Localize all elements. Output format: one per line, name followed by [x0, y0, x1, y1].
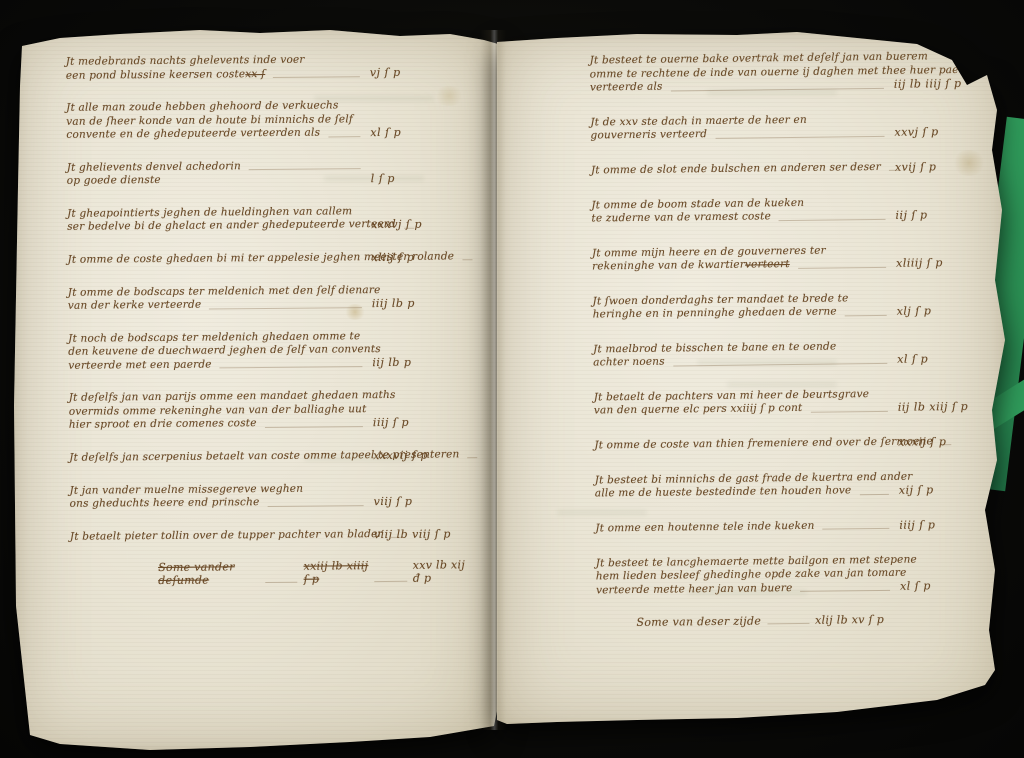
entry-amount: xij ſ p [899, 482, 995, 497]
entry-text-line: Jt omme de coste van thien fremeniere en… [594, 435, 892, 452]
left-page: Jt medebrands nachts ghelevents inde voe… [14, 26, 498, 752]
entry-amount: iij lb xiij ſ p [898, 399, 994, 414]
entry-text-line: heringhe en in penninghe ghedaen de vern… [593, 305, 891, 322]
entry-amount: l ſ p [371, 171, 467, 186]
entry-text-line: ons gheduchts heere end prinsche [70, 495, 368, 511]
entry-text-line: den keuvene de duechwaerd jeghen de ſelf… [68, 343, 366, 359]
ledger-entry: Jt omme de coste van thien fremeniere en… [594, 434, 994, 453]
total-amount: xxv lb xij đ p [413, 558, 471, 585]
entry-text-line: convente en de ghedeputeerde verteerden … [66, 126, 364, 142]
pen-rule [798, 266, 886, 268]
ledger-entry: Jt ſwoen donderdaghs ter mandaet te bred… [592, 290, 992, 322]
entry-amount: viij lb viij ſ p [374, 527, 470, 542]
entry-text-line: ser bedelve bi de ghelact en ander ghede… [67, 218, 365, 234]
right-page-entries: Jt besteet te ouerne bake overtrak met d… [590, 50, 997, 630]
ledger-entry: Jt medebrands nachts ghelevents inde voe… [66, 52, 466, 82]
entry-text: Jt omme een houtenne tele inde kueken [595, 518, 893, 536]
entry-text: Jt omme de bodscaps ter meldenich met de… [68, 284, 366, 314]
entry-text-line: overmids omme rekeninghe van van der bal… [69, 403, 367, 419]
entry-text-line: te zuderne van de vramest coste [591, 209, 889, 226]
entry-text: Jt omme de coste van thien fremeniere en… [594, 435, 892, 453]
entry-text: Jt alle man zoude hebben ghehoord de ver… [66, 99, 364, 142]
pen-rule [823, 528, 890, 530]
ledger-entry: Jt omme een houtenne tele inde kuekeniii… [595, 517, 995, 536]
pen-rule [845, 314, 887, 316]
ledger-entry: Jt besteet te lancghemaerte mette bailgo… [596, 552, 996, 597]
entry-amount: iij lb p [372, 355, 468, 370]
entry-text: Jt betaelt pieter tollin over de tupper … [70, 528, 368, 545]
page-total: Some vander deſumde xxiij lb xiiij ſ p x… [70, 558, 470, 587]
entry-amount: xvij ſ p [895, 159, 991, 174]
left-page-paper: Jt medebrands nachts ghelevents inde voe… [14, 26, 498, 752]
entry-amount: iiij ſ p [899, 517, 995, 532]
entry-text: Jt betaelt de pachters van mi heer de be… [594, 387, 892, 418]
entry-text-line: alle me de hueste bestedinde ten houden … [595, 484, 893, 501]
entry-text-line: Jt omme een houtenne tele inde kueken [595, 518, 893, 535]
ledger-entry: Jt deſelfs jan van parijs omme een manda… [69, 388, 469, 432]
entry-text: Jt omme de coste ghedaen bi mi ter appel… [67, 251, 365, 268]
pen-rule [249, 168, 361, 170]
entry-text: Jt besteet te lancghemaerte mette bailgo… [596, 553, 894, 597]
entry-text: Jt besteet bi minnichs de gast frade de … [595, 470, 893, 501]
pen-rule [265, 426, 363, 428]
entry-amount: viij ſ p [374, 494, 470, 509]
ledger-entry: Jt deſelfs jan scerpenius betaelt van co… [69, 448, 469, 465]
pen-rule [220, 366, 363, 368]
ledger-entry: Jt alle man zoude hebben ghehoord de ver… [66, 98, 466, 142]
pen-rule [671, 87, 884, 91]
total-amount: xlij lb xv ſ p [815, 613, 884, 627]
pen-rule [779, 218, 886, 220]
page-total: Some van deser zijde xlij lb xv ſ p [596, 612, 956, 629]
entry-text-line: hier sproot en drie comenes coste [69, 416, 367, 432]
entry-text-line: rekeninghe van de kwartier verteert [592, 257, 890, 274]
entry-text-line: van den querne elc pers xxiiij ſ p cont [594, 401, 892, 418]
pen-rule [268, 505, 364, 507]
total-amount-struck: xxiij lb xiiij ſ p [303, 559, 368, 586]
pen-rule [209, 307, 362, 309]
total-gap [374, 580, 406, 581]
entry-text-line: Jt omme de bodscaps ter meldenich met de… [68, 284, 366, 300]
entry-text-line: van der kerke verteerde [68, 297, 366, 313]
ledger-entry: Jt omme de slot ende bulschen en anderen… [591, 159, 991, 178]
entry-text-line: verteerde als [590, 78, 888, 95]
entry-text-line: verteerde met een paerde [68, 357, 366, 373]
entry-text-line: Jt betaelt pieter tollin over de tupper … [70, 528, 368, 544]
entry-text: Jt gheapointierts jeghen de hueldinghen … [67, 205, 365, 235]
ledger-entry: Jt omme mijn heere en de gouverneres ter… [592, 242, 992, 274]
entry-amount: iij lb iiij ſ p [894, 76, 990, 91]
entry-text: Jt besteet te ouerne bake overtrak met d… [590, 51, 888, 95]
right-page: Jt besteet te ouerne bake overtrak met d… [497, 30, 1007, 730]
total-label: Some van deser zijde [636, 614, 761, 629]
entry-amount: iij ſ p [895, 207, 991, 222]
entry-amount: xxxvij ſ p [373, 448, 469, 463]
total-label-struck: Some vander deſumde [158, 560, 259, 587]
pen-rule [810, 410, 887, 412]
left-page-entries: Jt medebrands nachts ghelevents inde voe… [66, 52, 471, 587]
entry-amount: xlj ſ p [897, 303, 993, 318]
total-gap [265, 581, 297, 582]
ledger-entry: Jt betaelt de pachters van mi heer de be… [594, 386, 994, 418]
entry-text: Jt medebrands nachts ghelevents inde voe… [66, 53, 364, 83]
entry-amount: iiij ſ p [373, 415, 469, 430]
entry-amount: vj ſ p [370, 65, 466, 80]
entry-text: Jt deſelfs jan scerpenius betaelt van co… [69, 449, 367, 466]
pen-rule [801, 590, 891, 592]
entry-text: Jt omme de slot ende bulschen en anderen… [591, 160, 889, 178]
entry-text-line: verteerde mette heer jan van buere [596, 580, 894, 597]
entry-text-line: een pond blussine keersen coste xx ſ [66, 67, 364, 83]
entry-amount: xl ſ p [900, 579, 996, 594]
entry-text-line: op goede dienste [67, 172, 365, 188]
entry-amount: xliij ſ p [371, 250, 467, 265]
entry-text: Jt noch de bodscaps ter meldenich ghedae… [68, 330, 366, 373]
entry-text-line: Jt omme de slot ende bulschen en anderen… [591, 160, 889, 177]
ledger-entry: Jt besteet bi minnichs de gast frade de … [595, 469, 995, 501]
entry-text-line: Jt deſelfs jan scerpenius betaelt van co… [69, 449, 367, 465]
entry-amount: xxxvj ſ p [371, 217, 467, 232]
pen-rule [859, 493, 888, 494]
entry-text: Jt maelbrod te bisschen te bane en te oe… [593, 339, 891, 370]
entry-amount: xxxij ſ p [898, 434, 994, 449]
entry-text: Jt de xxv ste dach in maerte de heer eng… [590, 112, 888, 143]
entry-text: Jt omme mijn heere en de gouverneres ter… [592, 243, 890, 274]
pen-rule [273, 76, 360, 78]
entry-amount: xl ſ p [897, 351, 993, 366]
ledger-entry: Jt besteet te ouerne bake overtrak met d… [590, 50, 990, 95]
ledger-entry: Jt omme de bodscaps ter meldenich met de… [68, 283, 468, 313]
pen-rule [328, 136, 360, 137]
ledger-entry: Jt betaelt pieter tollin over de tupper … [70, 527, 470, 544]
entry-text-line: Jt omme de coste ghedaen bi mi ter appel… [67, 251, 365, 267]
ledger-entry: Jt omme de coste ghedaen bi mi ter appel… [67, 250, 467, 267]
entry-text: Jt deſelfs jan van parijs omme een manda… [69, 389, 367, 432]
pen-rule [673, 362, 887, 366]
ledger-entry: Jt jan vander muelne missegereve wegheno… [69, 481, 469, 511]
ledger-entry: Jt gheapointierts jeghen de hueldinghen … [67, 204, 467, 234]
entry-text: Jt ſwoen donderdaghs ter mandaet te bred… [592, 291, 890, 322]
entry-amount: xl ſ p [370, 125, 466, 140]
entry-amount: xxvj ſ p [894, 124, 990, 139]
entry-text: Jt omme de boom stade van de kuekente zu… [591, 195, 889, 226]
right-page-paper: Jt besteet te ouerne bake overtrak met d… [497, 30, 1007, 730]
manuscript-photo: Jt medebrands nachts ghelevents inde voe… [0, 0, 1024, 758]
entry-amount: xliiij ſ p [896, 255, 992, 270]
ledger-entry: Jt maelbrod te bisschen te bane en te oe… [593, 338, 993, 370]
ledger-entry: Jt omme de boom stade van de kuekente zu… [591, 194, 991, 226]
entry-text: Jt ghelievents denvel achedorinop goede … [67, 159, 365, 189]
entry-amount: iiij lb p [372, 296, 468, 311]
entry-text-line: gouverneris verteerd [590, 126, 888, 143]
total-gap [767, 623, 809, 625]
entry-text-line: achter noens [593, 353, 891, 370]
ledger-entry: Jt noch de bodscaps ter meldenich ghedae… [68, 329, 468, 373]
ledger-entry: Jt ghelievents denvel achedorinop goede … [67, 158, 467, 188]
entry-text: Jt jan vander muelne missegereve wegheno… [69, 482, 367, 512]
ledger-entry: Jt de xxv ste dach in maerte de heer eng… [590, 111, 990, 143]
pen-rule [715, 135, 884, 138]
